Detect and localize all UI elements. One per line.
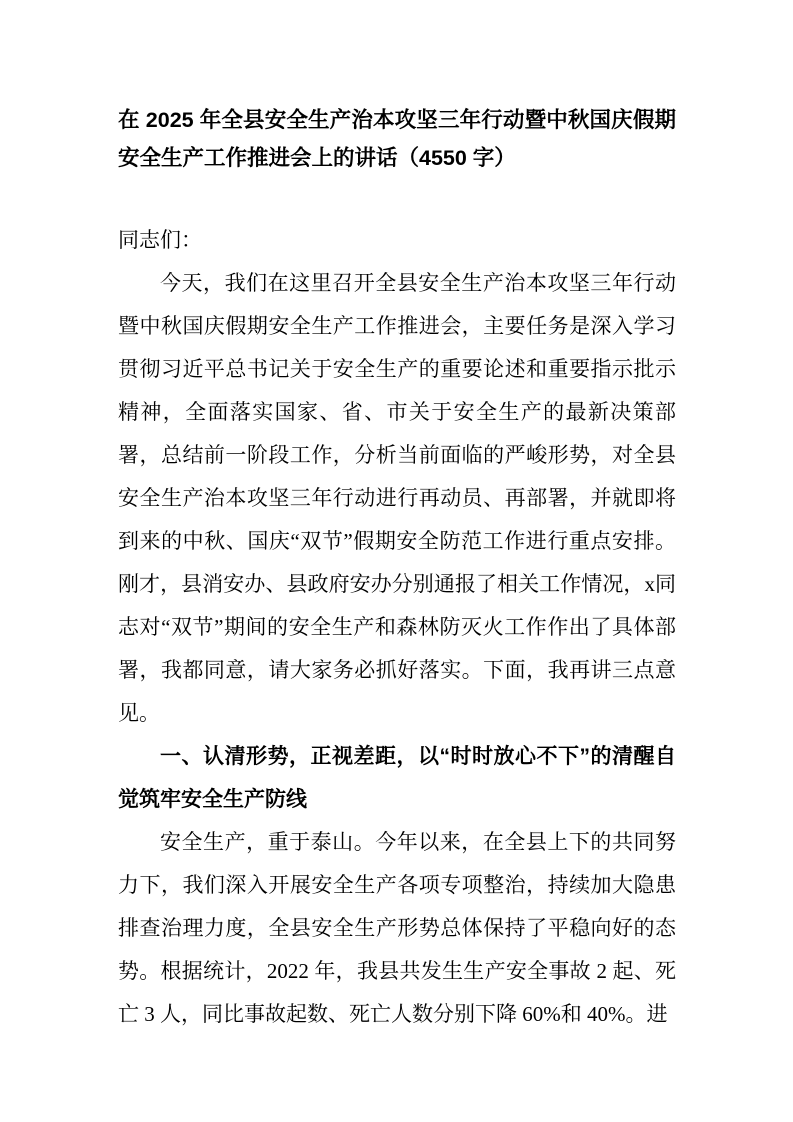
- section-1-paragraph: 安全生产，重于泰山。今年以来，在全县上下的共同努力下，我们深入开展安全生产各项专…: [118, 821, 676, 1036]
- document-page: 在 2025 年全县安全生产治本攻坚三年行动暨中秋国庆假期安全生产工作推进会上的…: [118, 101, 676, 1036]
- section-1-heading: 一、认清形势，正视差距，以“时时放心不下”的清醒自觉筑牢安全生产防线: [118, 735, 676, 821]
- salutation-line: 同志们：: [118, 219, 676, 262]
- intro-paragraph: 今天，我们在这里召开全县安全生产治本攻坚三年行动暨中秋国庆假期安全生产工作推进会…: [118, 262, 676, 735]
- document-title: 在 2025 年全县安全生产治本攻坚三年行动暨中秋国庆假期安全生产工作推进会上的…: [118, 101, 676, 177]
